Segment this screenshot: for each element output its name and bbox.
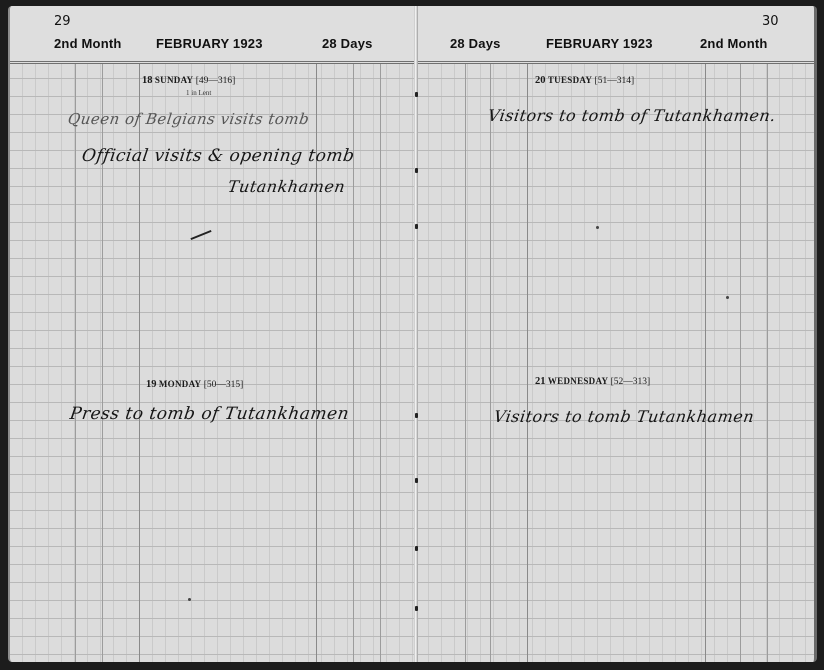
binding-stitch: [415, 478, 418, 483]
handwritten-line: Tutankhamen: [227, 177, 347, 196]
day-heading: 21 WEDNESDAY [52—313]: [535, 376, 650, 387]
binding-stitch: [415, 168, 418, 173]
day-number: 20: [535, 75, 546, 86]
page-number: 30: [762, 14, 779, 29]
handwritten-line: Visitors to tomb Tutankhamen: [493, 407, 756, 426]
page-number: 29: [54, 14, 71, 29]
handwritten-line: Press to tomb of Tutankhamen: [69, 404, 351, 424]
day-count: [52—313]: [611, 377, 651, 387]
day-number: 21: [535, 376, 546, 387]
day-count: [50—315]: [204, 380, 244, 390]
page-header: 28 Days FEBRUARY 1923 30 2nd Month: [416, 6, 814, 64]
subnote: 1 in Lent: [186, 89, 211, 97]
day-name: TUESDAY: [548, 75, 592, 85]
days-label: 28 Days: [450, 36, 501, 51]
binding-stitch: [415, 413, 418, 418]
day-count: [51—314]: [595, 76, 635, 86]
handwritten-line: Official visits & opening tomb: [81, 146, 356, 166]
vertical-rule: [705, 61, 706, 662]
day-number: 19: [146, 379, 157, 390]
vertical-rule: [75, 61, 76, 662]
month-label: 2nd Month: [54, 36, 122, 51]
left-page: 29 2nd Month FEBRUARY 1923 28 Days 18 SU…: [8, 6, 418, 662]
days-label: 28 Days: [322, 36, 373, 51]
day-heading: 18 SUNDAY [49—316]: [142, 75, 235, 86]
day-number: 18: [142, 75, 153, 86]
vertical-rule: [767, 61, 768, 662]
right-page: 28 Days FEBRUARY 1923 30 2nd Month 20 TU…: [416, 6, 817, 662]
page-title: FEBRUARY 1923: [156, 36, 263, 51]
binding-stitch: [415, 224, 418, 229]
ink-speck: [726, 296, 729, 299]
month-label: 2nd Month: [700, 36, 768, 51]
page-header: 29 2nd Month FEBRUARY 1923 28 Days: [10, 6, 418, 64]
vertical-rule: [740, 61, 741, 662]
binding-stitch: [415, 92, 418, 97]
day-name: SUNDAY: [155, 75, 193, 85]
diary-spread: 29 2nd Month FEBRUARY 1923 28 Days 18 SU…: [0, 0, 824, 670]
day-name: MONDAY: [159, 379, 201, 389]
handwritten-line: Queen of Belgians visits tomb: [67, 110, 311, 128]
ink-speck: [596, 226, 599, 229]
ink-speck: [188, 598, 191, 601]
vertical-rule: [527, 61, 528, 662]
day-heading: 19 MONDAY [50—315]: [146, 379, 243, 390]
binding-stitch: [415, 546, 418, 551]
vertical-rule: [465, 61, 466, 662]
page-title: FEBRUARY 1923: [546, 36, 653, 51]
book-gutter: [414, 6, 418, 662]
ruled-grid: [416, 61, 814, 662]
vertical-rule: [490, 61, 491, 662]
day-heading: 20 TUESDAY [51—314]: [535, 75, 634, 86]
day-count: [49—316]: [196, 76, 236, 86]
day-name: WEDNESDAY: [548, 376, 608, 386]
vertical-rule: [380, 61, 381, 662]
handwritten-line: Visitors to tomb of Tutankhamen.: [487, 106, 778, 125]
binding-stitch: [415, 606, 418, 611]
